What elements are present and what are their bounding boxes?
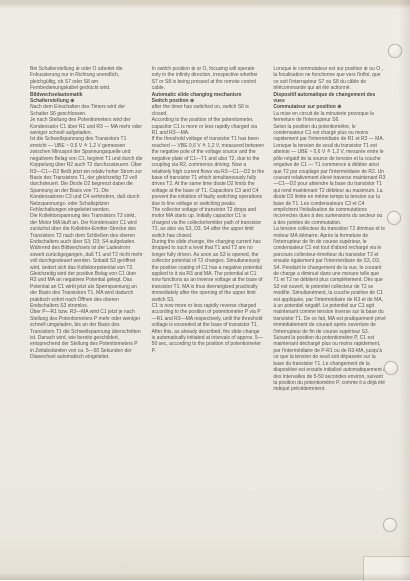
paragraph: Lorsque la tension de seuil du transisto… [273, 143, 386, 226]
punch-hole-icon [384, 361, 398, 375]
page-bottom-edge-shadow [0, 573, 410, 580]
paragraph: La mise en circuit de la minuterie provo… [273, 111, 386, 124]
text-columns: Bei Schalterstellung ⊕ oder O arbeitet d… [30, 66, 386, 393]
paragraph: The collector voltage of transistor T2 d… [152, 207, 265, 239]
punch-hole-icon [383, 518, 397, 532]
intro-paragraph: Lorsque le commutateur est sur position … [273, 66, 386, 92]
column-german: Bei Schalterstellung ⊕ oder O arbeitet d… [30, 66, 143, 393]
paragraph: Selon la position du potentiomètre, le c… [273, 124, 386, 143]
paragraph: Nach dem Einschalten des Timers wird der… [30, 104, 143, 117]
intro-paragraph: In switch position ⊕ or O, focusing will… [152, 66, 265, 92]
paragraph: Die Kollektorspannung des Transistors T2… [30, 213, 143, 245]
column-english: In switch position ⊕ or O, focusing will… [152, 66, 265, 393]
intro-paragraph: Bei Schalterstellung ⊕ oder O arbeitet d… [30, 66, 143, 92]
paragraph: During the slide change, the charging cu… [152, 239, 265, 303]
section-heading: Dispositif automatique de changement des… [273, 92, 386, 105]
paragraph: Über P—R1 bzw. R3—MA wird C1 jetzt je na… [30, 309, 143, 360]
paragraph: Ist die Schwellspannung des Transistors … [30, 136, 143, 213]
paragraph: If the threshold voltage of transistor T… [152, 136, 265, 206]
column-french: Lorsque le commutateur est sur position … [273, 66, 386, 393]
paragraph: According to the position of the potenti… [152, 117, 265, 136]
paragraph: Je nach Stellung des Potentiometers wird… [30, 117, 143, 136]
paragraph: after the timer has switched on, switch … [152, 104, 265, 117]
document-page: Bei Schalterstellung ⊕ oder O arbeitet d… [0, 0, 410, 580]
paragraph: La tension collecteur du transistor T2 d… [273, 226, 386, 393]
paragraph: C1 is now more or less rapidly reverse c… [152, 303, 265, 354]
paragraph: Während des Bildwechsels ist der Ladestr… [30, 245, 143, 309]
page-right-edge-shadow [399, 0, 410, 580]
